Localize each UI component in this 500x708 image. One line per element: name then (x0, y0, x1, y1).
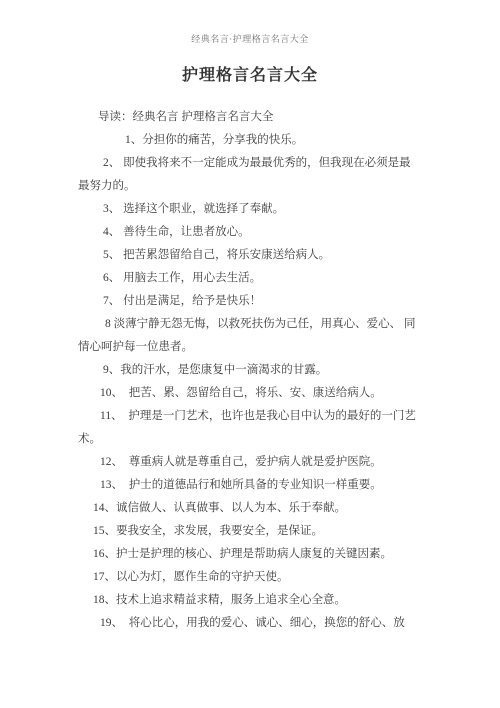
document-page: 经典名言·护理格言名言大全 护理格言名言大全 导读：经典名言 护理格言名言大全1… (0, 0, 500, 708)
quote-paragraph: 19、 将心比心，用我的爱心、诚心、细心，换您的舒心、放 (78, 612, 422, 635)
quote-paragraph: 5、 把苦累怨留给自己，将乐安康送给病人。 (78, 244, 422, 267)
quote-paragraph: 15、要我安全，求发展，我要安全，是保证。 (78, 520, 422, 543)
intro-line: 导读：经典名言 护理格言名言大全 (78, 106, 422, 129)
document-body: 导读：经典名言 护理格言名言大全1、分担你的痛苦，分享我的快乐。2、 即使我将来… (78, 106, 422, 635)
page-running-header: 经典名言·护理格言名言大全 (0, 33, 500, 45)
quote-paragraph: 1、分担你的痛苦，分享我的快乐。 (78, 129, 422, 152)
quote-paragraph: 14、诚信做人、认真做事、以人为本、乐于奉献。 (78, 497, 422, 520)
quote-paragraph: 7、 付出是满足，给予是快乐！ (78, 290, 422, 313)
page-title: 护理格言名言大全 (0, 64, 500, 88)
quote-paragraph: 9、我的汗水，是您康复中一滴渴求的甘露。 (78, 359, 422, 382)
quote-paragraph: 16、护士是护理的核心、护理是帮助病人康复的关键因素。 (78, 543, 422, 566)
quote-paragraph: 12、 尊重病人就是尊重自己，爱护病人就是爱护医院。 (78, 451, 422, 474)
quote-paragraph: 3、 选择这个职业，就选择了奉献。 (78, 198, 422, 221)
quote-paragraph: 6、 用脑去工作，用心去生活。 (78, 267, 422, 290)
quote-paragraph: 13、 护士的道德品行和她所具备的专业知识一样重要。 (78, 474, 422, 497)
quote-paragraph: 4、 善待生命，让患者放心。 (78, 221, 422, 244)
quote-paragraph: 18、技术上追求精益求精，服务上追求全心全意。 (78, 589, 422, 612)
quote-paragraph: 11、 护理是一门艺术，也许也是我心目中认为的最好的一门艺 术。 (78, 405, 422, 451)
quote-paragraph: 17、以心为灯，愿作生命的守护天使。 (78, 566, 422, 589)
quote-paragraph: 2、 即使我将来不一定能成为最最优秀的，但我现在必须是最最努力的。 (78, 152, 422, 198)
quote-paragraph: 8 淡薄宁静无怨无悔，以救死扶伤为己任，用真心、爱心、 同情心呵护每一位患者。 (78, 313, 422, 359)
quote-paragraph: 10、 把苦、累、怨留给自己，将乐、安、康送给病人。 (78, 382, 422, 405)
